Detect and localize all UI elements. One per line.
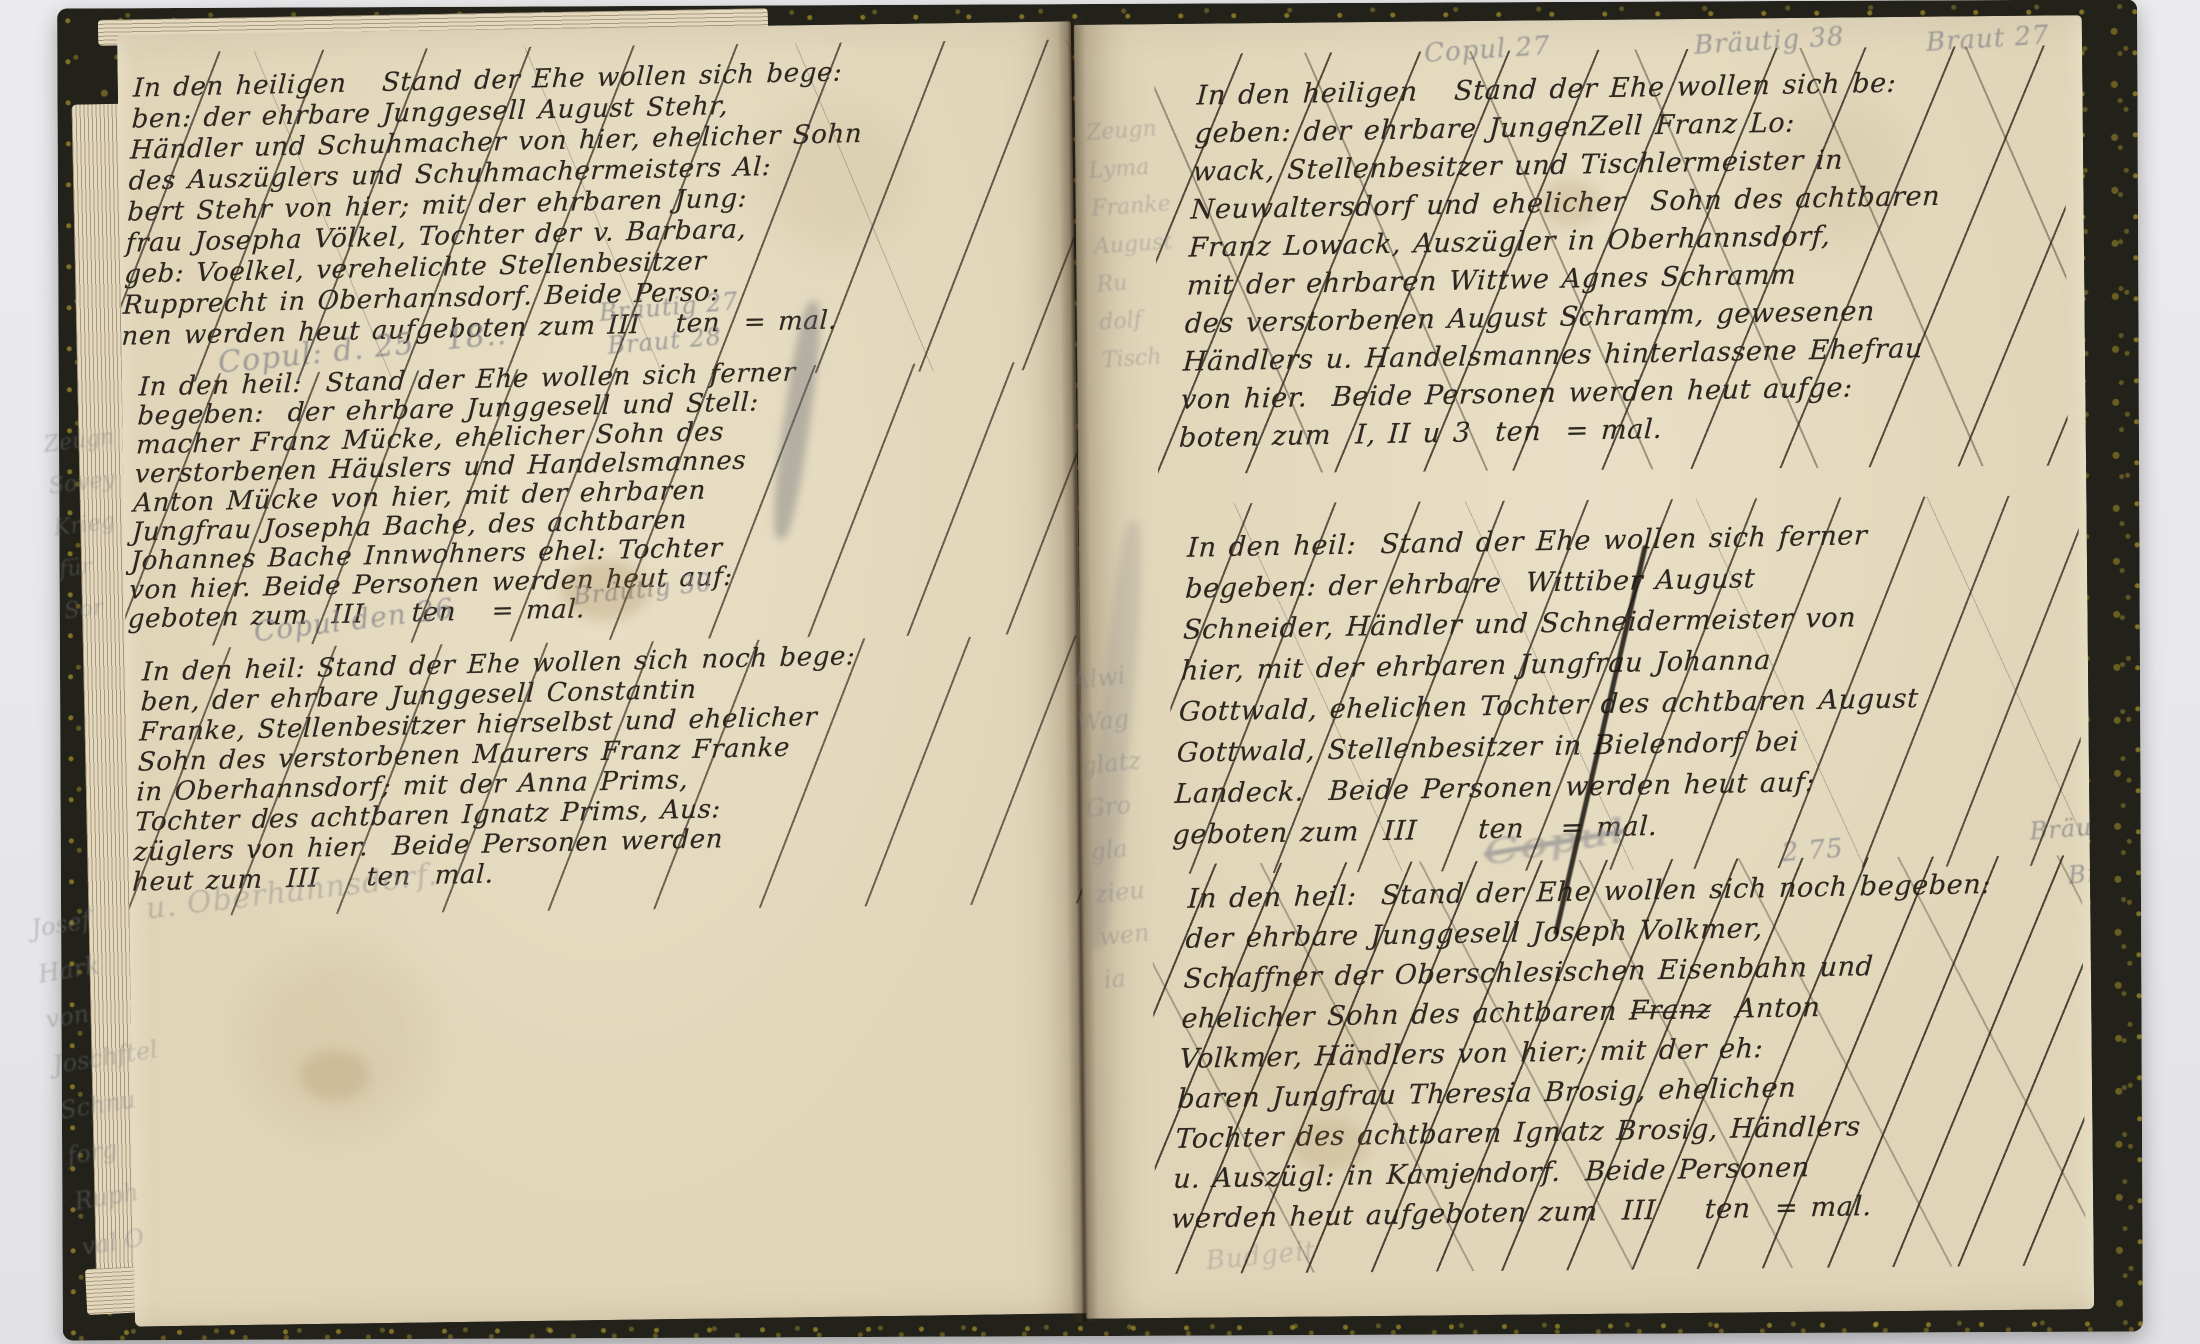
register-entry: In den heil: Stand der Ehe wollen sich f… — [127, 358, 840, 635]
left-page: In den heiligen Stand der Ehe wollen sic… — [117, 21, 1089, 1326]
handwritten-line: Zeugn — [1085, 110, 1167, 153]
paper-stain — [300, 1050, 370, 1100]
paper-stain — [1290, 1120, 1370, 1170]
register-entry: In den heil: Stand der Ehe wollen sich n… — [132, 642, 844, 898]
handwritten-line: Sor — [62, 583, 137, 633]
handwritten-line: dolf — [1098, 299, 1180, 342]
pencil-note-number: 2 75 — [1781, 833, 1845, 868]
paper-stain — [560, 560, 650, 620]
paper-stain — [1540, 180, 1600, 226]
register-entry: In den heil: Stand der Ehe wollen sich f… — [1172, 511, 2079, 855]
pencil-note-groom-age: Bräutig 38 — [1693, 22, 1845, 61]
pencil-note-bride-age: Braut 27 — [1925, 20, 2050, 58]
handwritten-line: Krieg — [52, 500, 127, 550]
handwritten-line: Ru — [1095, 261, 1177, 304]
handwritten-line: Tisch — [1101, 337, 1183, 380]
handwritten-line: August — [1093, 223, 1175, 266]
handwritten-line: Lyma — [1087, 147, 1169, 190]
register-entry: In den heiligen Stand der Ehe wollen sic… — [1178, 61, 2078, 457]
register-entry: In den heil: Stand der Ehe wollen sich n… — [1170, 863, 2089, 1240]
scanned-register-photo: In den heiligen Stand der Ehe wollen sic… — [0, 0, 2200, 1344]
handwritten-line: ia — [1102, 953, 1166, 1002]
pencil-note-copulation-date: Copul 27 — [1423, 31, 1551, 69]
handwritten-line: Franke — [1090, 185, 1172, 228]
pencil-note-bottom: Budgeit — [1204, 1236, 1317, 1277]
